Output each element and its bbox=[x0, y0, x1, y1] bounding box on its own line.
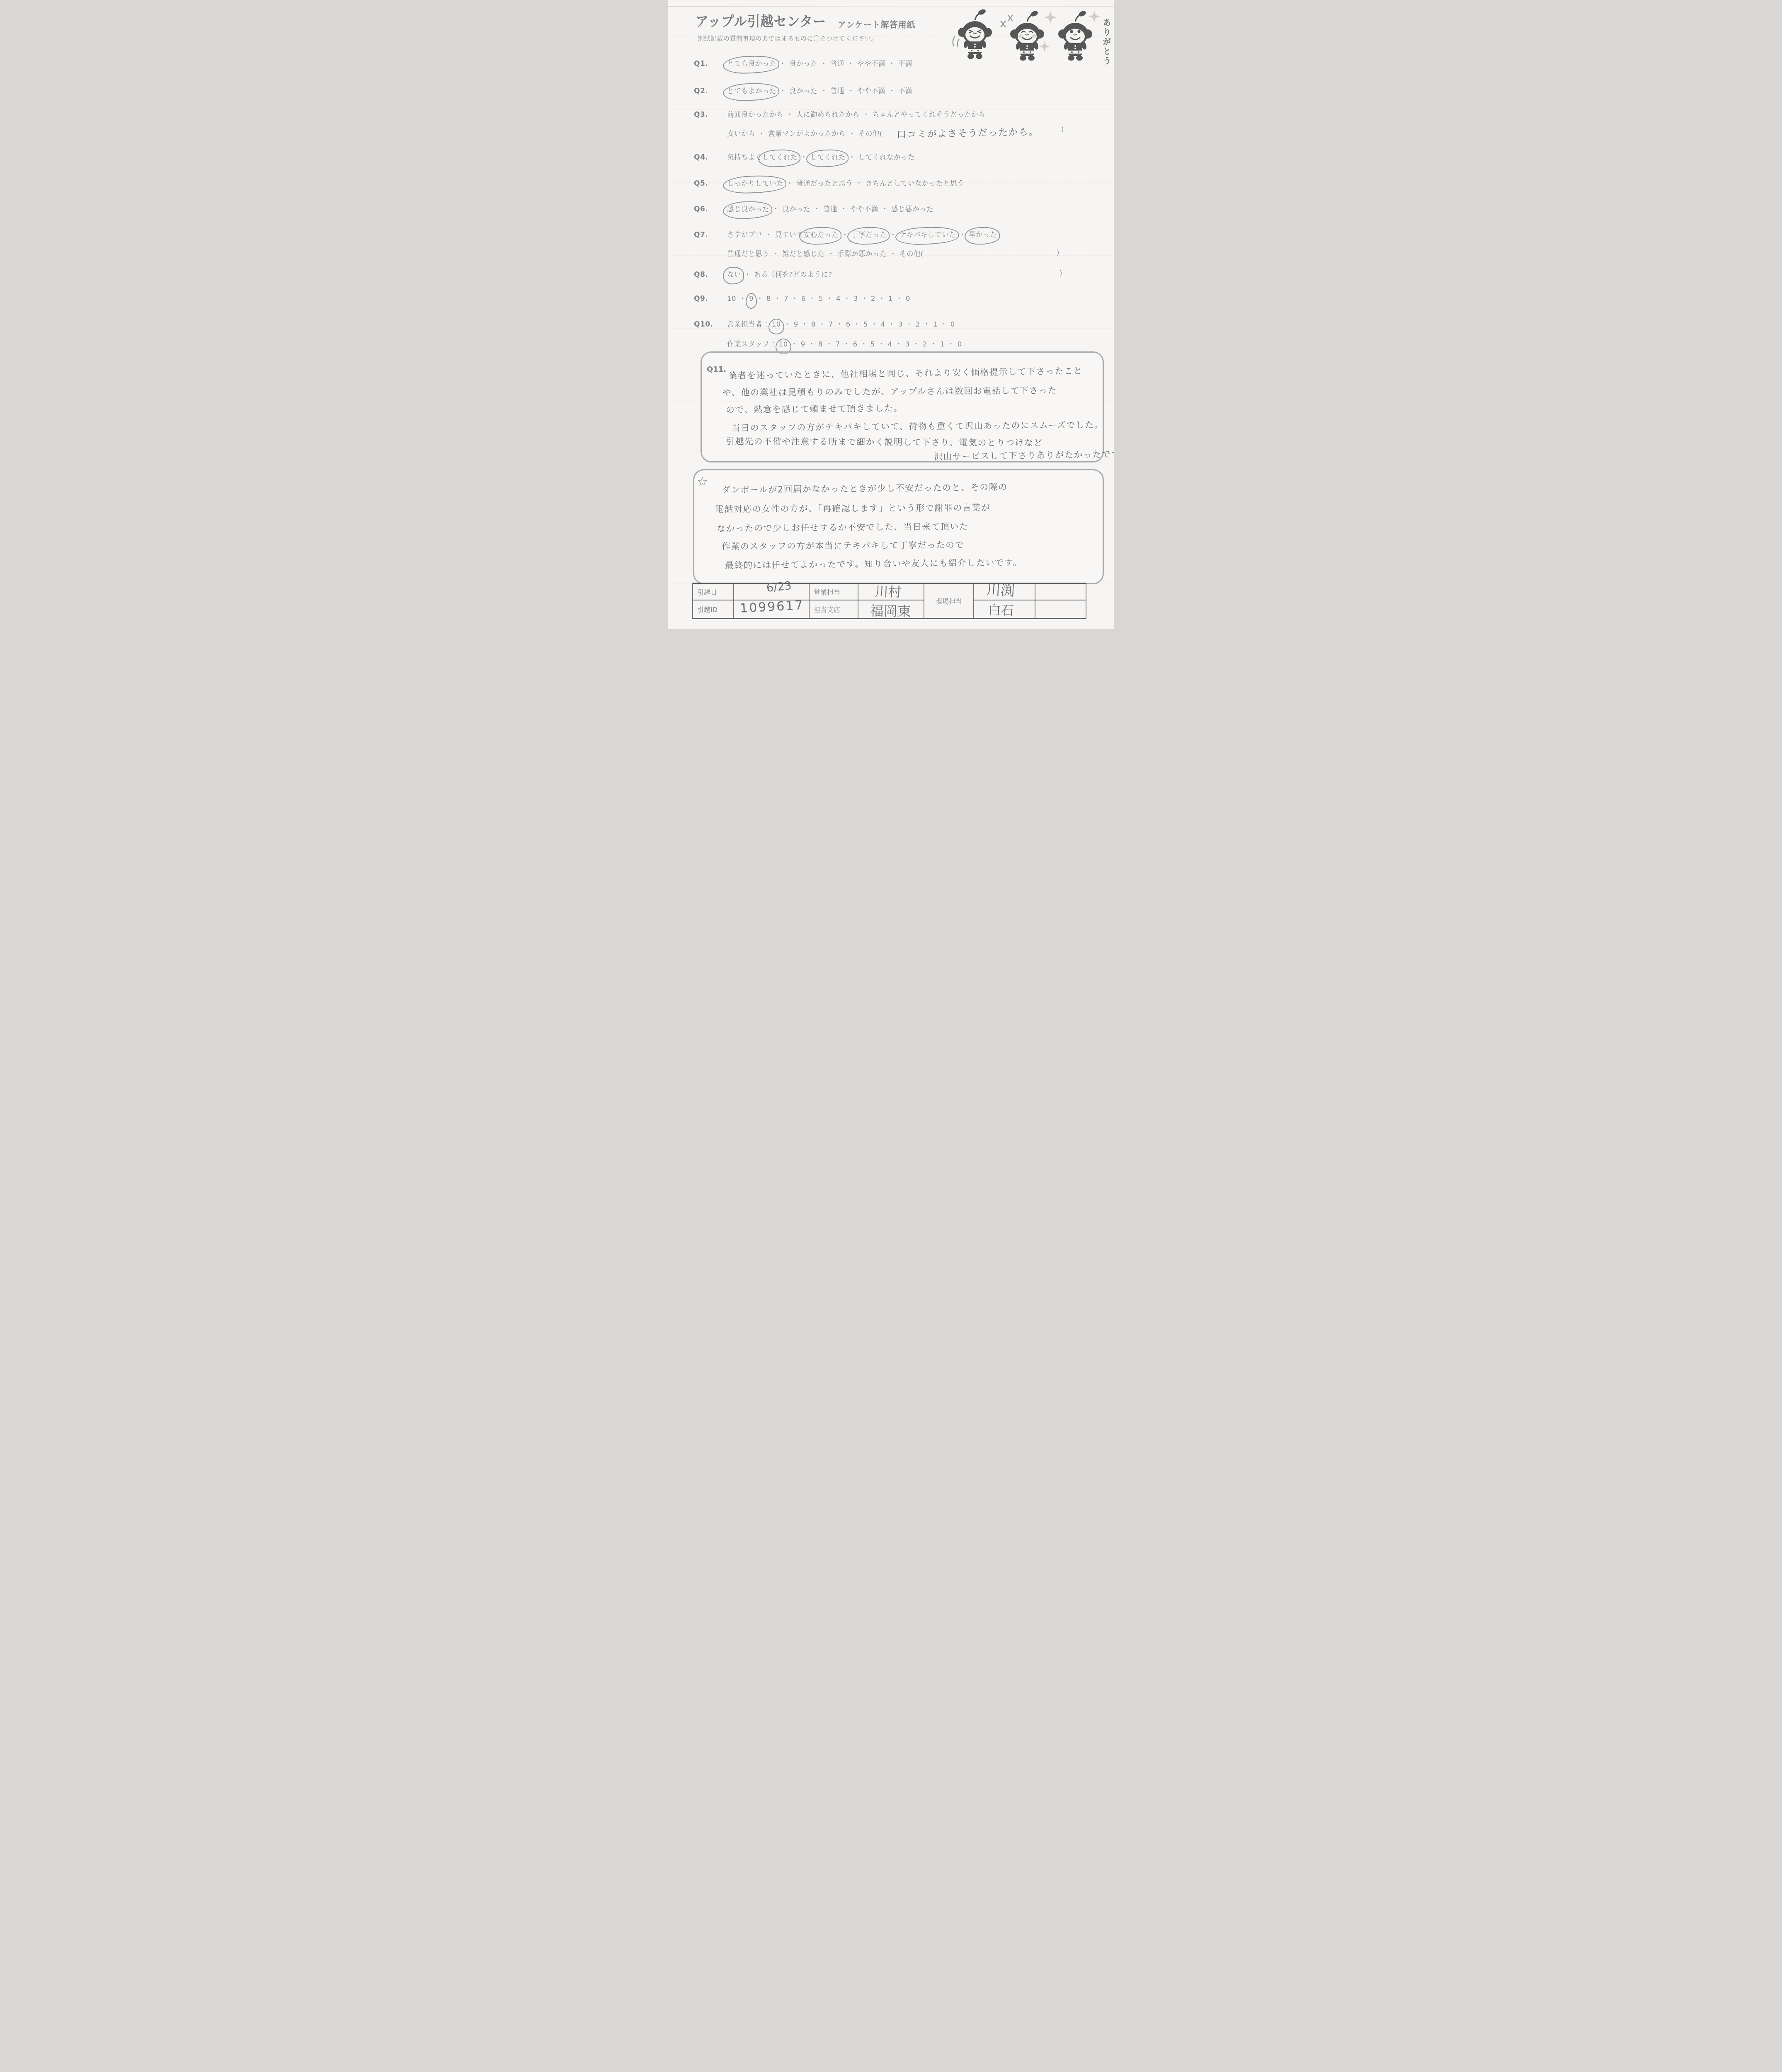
circled-answer: 安心だった bbox=[803, 229, 839, 239]
branch-label: 担当支店 bbox=[814, 605, 840, 614]
circled-answer: 9 bbox=[749, 295, 754, 303]
option[interactable]: 安いから bbox=[727, 130, 755, 138]
option-separator: ・ bbox=[809, 295, 816, 303]
option[interactable]: 5 bbox=[863, 320, 868, 328]
sales-value-cell: 川村 bbox=[858, 584, 924, 600]
option-separator: ・ bbox=[878, 340, 885, 348]
option[interactable]: 5 bbox=[870, 340, 875, 348]
question-q4: Q4.気持ちよくしてくれた・してくれた・してくれなかった bbox=[694, 152, 915, 162]
option[interactable]: さすがプロ bbox=[727, 231, 762, 239]
option-separator: ・ bbox=[820, 87, 827, 95]
star-handwriting-line: 最終的には任せてよかったです。知り合いや友人にも紹介したいです。 bbox=[725, 556, 1022, 571]
option[interactable]: きちんとしていなかったと思う bbox=[866, 179, 964, 187]
circled-answer: ない bbox=[727, 269, 741, 279]
q3-options-line1: 前回良かったから・人に勧められたから・ちゃんとやってくれそうだったから bbox=[727, 111, 985, 119]
option[interactable]: 良かった bbox=[789, 60, 817, 68]
option[interactable]: 4 bbox=[836, 295, 841, 303]
option-separator: ・ bbox=[861, 295, 868, 303]
option-separator: ・ bbox=[881, 205, 888, 213]
footer-table: 引越日 6/23 営業担当 川村 現場担当 川渕 引越ID 1099617 担当… bbox=[692, 583, 1086, 619]
option[interactable]: 2 bbox=[871, 295, 875, 303]
sales-name-handwriting: 川村 bbox=[875, 581, 902, 601]
circled-answer: 10 bbox=[779, 340, 788, 348]
q10-row1-scale: 10・9・8・7・6・5・4・3・2・1・0 bbox=[772, 320, 955, 328]
option-separator: ・ bbox=[840, 205, 847, 213]
option[interactable]: 7 bbox=[829, 320, 833, 328]
q6-options: 感じ良かった・良かった・普通・やや不満・感じ悪かった bbox=[727, 205, 933, 213]
q7-options-line1: さすがプロ・見ていて安心だった・丁寧だった・テキパキしていた・早かった bbox=[727, 231, 997, 239]
q2-label: Q2. bbox=[694, 87, 727, 95]
option[interactable]: 手際が悪かった bbox=[837, 250, 887, 258]
question-q7-line1: Q7.さすがプロ・見ていて安心だった・丁寧だった・テキパキしていた・早かった bbox=[694, 229, 997, 239]
option[interactable]: してくれた bbox=[810, 153, 846, 161]
star-handwriting-line: 作業のスタッフの方が本当にテキパキして丁寧だったので bbox=[722, 538, 964, 552]
sales-label: 営業担当 bbox=[814, 587, 840, 597]
q2-options: とてもよかった・良かった・普通・やや不満・不満 bbox=[727, 87, 912, 95]
option-separator: ・ bbox=[843, 340, 850, 348]
option-separator: ・ bbox=[826, 295, 833, 303]
q11-handwriting-line: 引越先の不備や注意する所まで細かく説明して下さり、電気のとりつけなど bbox=[726, 435, 1043, 449]
site-name-bottom-cell: 白石 bbox=[974, 600, 1035, 618]
option[interactable]: 6 bbox=[853, 340, 858, 348]
option[interactable]: 8 bbox=[766, 295, 771, 303]
move-date-label: 引越日 bbox=[697, 587, 717, 597]
footer-empty-top-cell bbox=[1035, 584, 1086, 600]
option-separator: ・ bbox=[786, 111, 793, 119]
q3-options-line2: 安いから・営業マンがよかったから bbox=[727, 130, 846, 138]
q1-label: Q1. bbox=[694, 60, 727, 68]
q8-close-paren: ) bbox=[1060, 269, 1062, 277]
q7-other-label: その他( bbox=[899, 250, 924, 258]
option[interactable]: 0 bbox=[906, 295, 910, 303]
option-separator: ・ bbox=[836, 320, 843, 328]
circled-answer: しっかりしていた bbox=[727, 178, 783, 188]
q1-options: とても良かった・良かった・普通・やや不満・不満 bbox=[727, 60, 912, 68]
option[interactable]: 3 bbox=[898, 320, 903, 328]
option[interactable]: 不満 bbox=[898, 87, 912, 95]
instruction-text: 別紙記載の質問事項のあてはまるものに〇をつけてください。 bbox=[698, 34, 878, 43]
option[interactable]: 10 bbox=[727, 295, 736, 303]
option[interactable]: 早かった bbox=[969, 231, 997, 239]
q3-close-paren: ) bbox=[1061, 125, 1064, 133]
q11-handwriting-line: 沢山サービスして下さりありがたかったです。 bbox=[934, 448, 1114, 463]
question-q10-row1: Q10.営業担当者 ：10・9・8・7・6・5・4・3・2・1・0 bbox=[694, 319, 955, 329]
circled-answer: 丁寧だった bbox=[851, 229, 887, 239]
option[interactable]: 10 bbox=[779, 340, 788, 348]
option[interactable]: 気持ちよくしてくれた bbox=[727, 153, 798, 161]
option[interactable]: やや不満 bbox=[850, 205, 878, 213]
star-handwriting-line: なかったので少しお任せするか不安でした、当日来て頂いた bbox=[717, 520, 969, 534]
option-separator: ・ bbox=[930, 340, 937, 348]
site-name-top-handwriting: 川渕 bbox=[986, 578, 1015, 600]
move-id-value-cell: 1099617 bbox=[734, 600, 810, 618]
question-q9: Q9.10・9・8・7・6・5・4・3・2・1・0 bbox=[694, 293, 910, 303]
q10-row1-label: 営業担当者 ： bbox=[727, 320, 772, 328]
option-separator: ・ bbox=[863, 111, 870, 119]
q3-other-answer-handwriting: 口コミがよさそうだったから。 bbox=[897, 124, 1039, 140]
option-separator: ・ bbox=[801, 320, 808, 328]
option-separator: ・ bbox=[784, 320, 791, 328]
circled-answer: 10 bbox=[772, 320, 781, 328]
option[interactable]: 感じ良かった bbox=[727, 205, 769, 213]
q3-label: Q3. bbox=[694, 111, 727, 119]
option[interactable]: 見ていて安心だった bbox=[775, 231, 839, 239]
circled-answer: 早かった bbox=[969, 229, 997, 239]
three-monkeys-icon: ありがとう bbox=[948, 5, 1113, 72]
option-separator: ・ bbox=[808, 340, 815, 348]
option[interactable]: 2 bbox=[923, 340, 927, 348]
q11-comment-box: Q11. 業者を迷っていたときに、他社相場と同じ、それより安く価格提示して下さっ… bbox=[701, 351, 1104, 462]
q11-label: Q11. bbox=[707, 365, 726, 374]
site-name-bottom-handwriting: 白石 bbox=[988, 599, 1014, 619]
option-separator: ・ bbox=[786, 179, 793, 187]
option[interactable]: 7 bbox=[784, 295, 788, 303]
question-q3-line1: Q3.前回良かったから・人に勧められたから・ちゃんとやってくれそうだったから bbox=[694, 109, 985, 119]
option[interactable]: とても良かった bbox=[727, 60, 776, 68]
option[interactable]: とてもよかった bbox=[727, 87, 776, 95]
option-separator: ・ bbox=[844, 295, 851, 303]
survey-sheet: アップル引越センター アンケート解答用紙 別紙記載の質問事項のあてはまるものに〇… bbox=[668, 0, 1114, 629]
option-separator: ・ bbox=[856, 179, 863, 187]
option-separator: ・ bbox=[779, 60, 786, 68]
q4-label: Q4. bbox=[694, 153, 727, 162]
circled-answer: とても良かった bbox=[727, 58, 776, 68]
branch-label-cell: 担当支店 bbox=[810, 600, 858, 618]
option[interactable]: 3 bbox=[853, 295, 858, 303]
star-handwriting-line: ダンボールが2回届かなかったときが少し不安だったのと、その際の bbox=[722, 480, 1008, 496]
site-label: 現場担当 bbox=[936, 596, 962, 606]
option[interactable]: 普通だったと思う bbox=[796, 179, 853, 187]
option[interactable]: 前回良かったから bbox=[727, 111, 783, 119]
option[interactable]: やや不満 bbox=[857, 87, 885, 95]
option[interactable]: 不満 bbox=[898, 60, 912, 68]
option[interactable]: しっかりしていた bbox=[727, 179, 783, 187]
question-q2: Q2.とてもよかった・良かった・普通・やや不満・不満 bbox=[694, 85, 912, 95]
option-separator: ・ bbox=[849, 153, 856, 161]
option[interactable]: ちゃんとやってくれそうだったから bbox=[873, 111, 985, 119]
option[interactable]: 8 bbox=[818, 340, 823, 348]
question-q6: Q6.感じ良かった・良かった・普通・やや不満・感じ悪かった bbox=[694, 203, 933, 213]
option[interactable]: 6 bbox=[846, 320, 851, 328]
circled-answer: テキパキしていた bbox=[899, 229, 956, 239]
option[interactable]: 7 bbox=[836, 340, 840, 348]
q8-prompt: （何を?どのように? bbox=[768, 271, 832, 278]
move-id-label-cell: 引越ID bbox=[693, 600, 734, 618]
option-separator: ・ bbox=[820, 60, 827, 68]
q9-label: Q9. bbox=[694, 295, 727, 303]
option[interactable]: 9 bbox=[801, 340, 805, 348]
q9-scale: 10・9・8・7・6・5・4・3・2・1・0 bbox=[727, 295, 910, 303]
option[interactable]: 普通 bbox=[830, 60, 844, 68]
option-separator: ・ bbox=[853, 320, 861, 328]
move-date-handwriting: 6/23 bbox=[766, 579, 793, 595]
move-id-handwriting: 1099617 bbox=[739, 598, 804, 616]
option-separator: ・ bbox=[888, 60, 895, 68]
option[interactable]: 1 bbox=[940, 340, 945, 348]
option[interactable]: 3 bbox=[905, 340, 910, 348]
option[interactable]: 4 bbox=[888, 340, 892, 348]
site-name-top-cell: 川渕 bbox=[974, 584, 1035, 600]
q4-options: 気持ちよくしてくれた・してくれた・してくれなかった bbox=[727, 153, 915, 161]
q10-row2-label: 作業スタッフ ： bbox=[727, 340, 779, 348]
option-separator: ・ bbox=[756, 295, 764, 303]
option-separator: ・ bbox=[896, 295, 903, 303]
option[interactable]: 雑だと感じた bbox=[782, 250, 824, 258]
option-separator: ・ bbox=[861, 340, 868, 348]
option[interactable]: 普通 bbox=[823, 205, 837, 213]
q11-handwriting-line: ので、熱意を感じて頼ませて頂きました。 bbox=[726, 402, 903, 416]
option-separator: ・ bbox=[791, 340, 798, 348]
option[interactable]: 丁寧だった bbox=[851, 231, 887, 239]
option-separator: ・ bbox=[941, 320, 948, 328]
option[interactable]: 10 bbox=[772, 320, 781, 328]
option-separator: ・ bbox=[948, 340, 955, 348]
q5-options: しっかりしていた・普通だったと思う・きちんとしていなかったと思う bbox=[727, 179, 964, 187]
option[interactable]: テキパキしていた bbox=[899, 231, 956, 239]
star-handwriting-line: 電話対応の女性の方が、「再確認します」という形で謝罪の言葉が bbox=[715, 501, 991, 515]
circled-answer: とてもよかった bbox=[727, 85, 776, 95]
circled-answer: してくれた bbox=[762, 152, 798, 162]
option[interactable]: 5 bbox=[819, 295, 823, 303]
option-separator: ・ bbox=[923, 320, 930, 328]
q7-close-paren: ) bbox=[1057, 248, 1060, 256]
question-q8: Q8.ない・ある（何を?どのように? ) bbox=[694, 269, 1062, 279]
option[interactable]: 4 bbox=[881, 320, 885, 328]
question-q1: Q1.とても良かった・良かった・普通・やや不満・不満 bbox=[694, 58, 912, 68]
option-separator: ・ bbox=[890, 250, 897, 258]
option[interactable]: 普通だと思う bbox=[727, 250, 769, 258]
sales-label-cell: 営業担当 bbox=[810, 584, 858, 600]
question-q10-row2: 作業スタッフ ：10・9・8・7・6・5・4・3・2・1・0 bbox=[694, 339, 962, 349]
option-separator: ・ bbox=[791, 295, 798, 303]
option[interactable]: 2 bbox=[916, 320, 920, 328]
q8-label: Q8. bbox=[694, 271, 727, 279]
option[interactable]: 普通 bbox=[830, 87, 844, 95]
option[interactable]: ある bbox=[754, 271, 768, 278]
option[interactable]: 9 bbox=[749, 295, 754, 303]
option-separator: ・ bbox=[888, 87, 895, 95]
option-separator: ・ bbox=[772, 205, 779, 213]
move-date-label-cell: 引越日 bbox=[693, 584, 734, 600]
option[interactable]: 営業マンがよかったから bbox=[768, 130, 846, 138]
option-separator: ・ bbox=[913, 340, 920, 348]
q6-label: Q6. bbox=[694, 205, 727, 213]
option-separator: ・ bbox=[774, 295, 781, 303]
star-comment-box: ☆ ダンボールが2回届かなかったときが少し不安だったのと、その際の 電話対応の女… bbox=[693, 469, 1104, 584]
q11-handwriting-line: 当日のスタッフの方がテキパキしていて、荷物も重くて沢山あったのにスムーズでした。 bbox=[732, 418, 1104, 434]
q11-handwriting-line: や、他の業社は見積もりのみでしたが、アップルさんは数回お電話して下さった bbox=[722, 384, 1057, 399]
option[interactable]: 人に勧められたから bbox=[796, 111, 860, 119]
footer-empty-bottom-cell bbox=[1035, 600, 1086, 618]
q11-handwriting-line: 業者を迷っていたときに、他社相場と同じ、それより安く価格提示して下さったこと bbox=[728, 364, 1083, 382]
option-separator: ・ bbox=[906, 320, 913, 328]
option-separator: ・ bbox=[826, 340, 833, 348]
q7-label: Q7. bbox=[694, 231, 727, 239]
thanks-vertical-text: ありがとう bbox=[1101, 18, 1111, 66]
sheet-title: アンケート解答用紙 bbox=[838, 18, 916, 30]
option-separator: ・ bbox=[772, 250, 779, 258]
q5-label: Q5. bbox=[694, 179, 727, 188]
option-separator: ・ bbox=[779, 87, 786, 95]
option-separator: ・ bbox=[758, 130, 765, 138]
option[interactable]: 6 bbox=[801, 295, 806, 303]
option-separator: ・ bbox=[895, 340, 902, 348]
option[interactable]: ない bbox=[727, 271, 741, 278]
q7-options-line2: 普通だと思う・雑だと感じた・手際が悪かった bbox=[727, 250, 887, 258]
branch-value-cell: 福岡東 bbox=[858, 600, 924, 618]
option-separator: ・ bbox=[827, 250, 834, 258]
option-separator: ・ bbox=[819, 320, 826, 328]
option-separator: ・ bbox=[744, 271, 751, 278]
circled-answer: してくれた bbox=[810, 152, 846, 162]
circled-answer: 感じ良かった bbox=[727, 203, 769, 213]
option-separator: ・ bbox=[878, 295, 885, 303]
option-separator: ・ bbox=[888, 320, 895, 328]
option[interactable]: 感じ悪かった bbox=[891, 205, 933, 213]
option[interactable]: 1 bbox=[888, 295, 893, 303]
q10-label: Q10. bbox=[694, 320, 727, 329]
option-separator: ・ bbox=[871, 320, 878, 328]
q10-row2-scale: 10・9・8・7・6・5・4・3・2・1・0 bbox=[779, 340, 962, 348]
option[interactable]: 0 bbox=[950, 320, 955, 328]
option[interactable]: 1 bbox=[933, 320, 938, 328]
option[interactable]: 9 bbox=[794, 320, 798, 328]
option-separator: ・ bbox=[813, 205, 820, 213]
option[interactable]: 0 bbox=[958, 340, 962, 348]
question-q3-line2: 安いから・営業マンがよかったから・その他(口コミがよさそうだったから。 ) bbox=[694, 125, 1064, 139]
option[interactable]: やや不満 bbox=[857, 60, 885, 68]
option-separator: ・ bbox=[847, 60, 854, 68]
option[interactable]: 良かった bbox=[782, 205, 810, 213]
q3-other-label: その他( bbox=[858, 130, 883, 138]
q8-options: ない・ある bbox=[727, 271, 768, 278]
option-separator: ・ bbox=[847, 87, 854, 95]
brand-title: アップル引越センター bbox=[696, 10, 826, 30]
option-separator: ・ bbox=[849, 130, 856, 138]
option[interactable]: 8 bbox=[811, 320, 816, 328]
question-q7-line2: 普通だと思う・雑だと感じた・手際が悪かった・その他( ) bbox=[694, 248, 1060, 258]
option-separator: ・ bbox=[739, 295, 746, 303]
star-icon: ☆ bbox=[697, 474, 708, 489]
branch-name-handwriting: 福岡東 bbox=[870, 600, 912, 620]
site-label-cell: 現場担当 bbox=[924, 584, 974, 618]
option[interactable]: してくれなかった bbox=[858, 153, 915, 161]
option-separator: ・ bbox=[765, 231, 772, 239]
question-q5: Q5.しっかりしていた・普通だったと思う・きちんとしていなかったと思う bbox=[694, 178, 964, 188]
move-id-label: 引越ID bbox=[697, 605, 718, 614]
option[interactable]: 良かった bbox=[789, 87, 817, 95]
